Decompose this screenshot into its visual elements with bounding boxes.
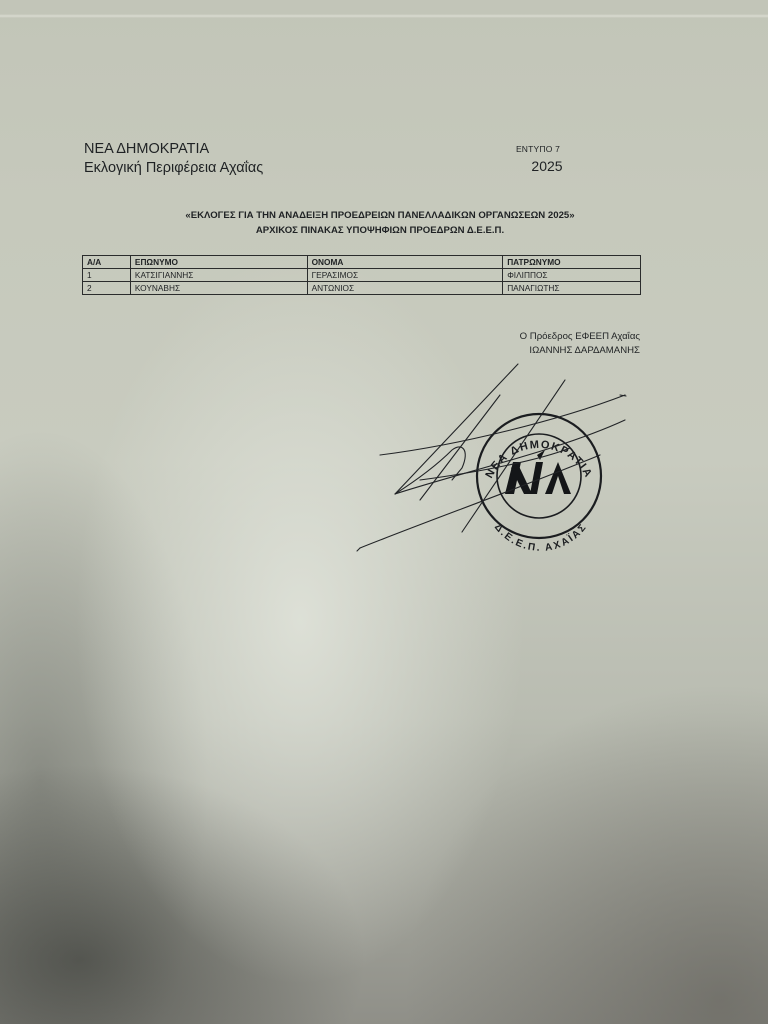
document-title: «ΕΚΛΟΓΕΣ ΓΙΑ ΤΗΝ ΑΝΑΔΕΙΞΗ ΠΡΟΕΔΡΕΙΩΝ ΠΑΝ… [120, 208, 640, 238]
cell-index: 1 [83, 269, 131, 282]
table-header-row: Α/Α ΕΠΩΝΥΜΟ ΟΝΟΜΑ ΠΑΤΡΩΝΥΜΟ [83, 256, 641, 269]
cell-surname: ΚΑΤΣΙΓΙΑΝΝΗΣ [130, 269, 307, 282]
handwritten-signature [357, 364, 626, 551]
stamp-and-signature: ΝΕΑ ΔΗΜΟΚΡΑΤΙΑ Δ.Ε.Ε.Π. ΑΧΑΪΑΣ [350, 355, 650, 565]
column-header-patronymic: ΠΑΤΡΩΝΥΜΟ [503, 256, 641, 269]
column-header-surname: ΕΠΩΝΥΜΟ [130, 256, 307, 269]
electoral-region: Εκλογική Περιφέρεια Αχαΐας [84, 159, 263, 178]
column-header-name: ΟΝΟΜΑ [307, 256, 503, 269]
form-info: ΕΝΤΥΠΟ 7 2025 [512, 144, 564, 174]
signature-block: Ο Πρόεδρος ΕΦΕΕΠ Αχαΐας ΙΩΑΝΝΗΣ ΔΑΡΔΑΜΑΝ… [480, 330, 640, 358]
candidates-table: Α/Α ΕΠΩΝΥΜΟ ΟΝΟΜΑ ΠΑΤΡΩΝΥΜΟ 1 ΚΑΤΣΙΓΙΑΝΝ… [82, 255, 641, 295]
form-year: 2025 [530, 158, 564, 174]
column-header-index: Α/Α [83, 256, 131, 269]
cell-patronymic: ΦΙΛΙΠΠΟΣ [503, 269, 641, 282]
form-number: ΕΝΤΥΠΟ 7 [512, 144, 564, 154]
table-row: 1 ΚΑΤΣΙΓΙΑΝΝΗΣ ΓΕΡΑΣΙΜΟΣ ΦΙΛΙΠΠΟΣ [83, 269, 641, 282]
document-header: ΝΕΑ ΔΗΜΟΚΡΑΤΙΑ Εκλογική Περιφέρεια Αχαΐα… [84, 140, 263, 178]
title-line-2: ΑΡΧΙΚΟΣ ΠΙΝΑΚΑΣ ΥΠΟΨΗΦΙΩΝ ΠΡΟΕΔΡΩΝ Δ.Ε.Ε… [120, 223, 640, 238]
party-name: ΝΕΑ ΔΗΜΟΚΡΑΤΙΑ [84, 140, 263, 159]
cell-name: ΓΕΡΑΣΙΜΟΣ [307, 269, 503, 282]
cell-patronymic: ΠΑΝΑΓΙΩΤΗΣ [503, 282, 641, 295]
signatory-role: Ο Πρόεδρος ΕΦΕΕΠ Αχαΐας [480, 330, 640, 344]
title-line-1: «ΕΚΛΟΓΕΣ ΓΙΑ ΤΗΝ ΑΝΑΔΕΙΞΗ ΠΡΟΕΔΡΕΙΩΝ ΠΑΝ… [120, 208, 640, 223]
paper-crease [0, 14, 768, 18]
cell-surname: ΚΟΥΝΑΒΗΣ [130, 282, 307, 295]
cell-name: ΑΝΤΩΝΙΟΣ [307, 282, 503, 295]
cell-index: 2 [83, 282, 131, 295]
table-row: 2 ΚΟΥΝΑΒΗΣ ΑΝΤΩΝΙΟΣ ΠΑΝΑΓΙΩΤΗΣ [83, 282, 641, 295]
